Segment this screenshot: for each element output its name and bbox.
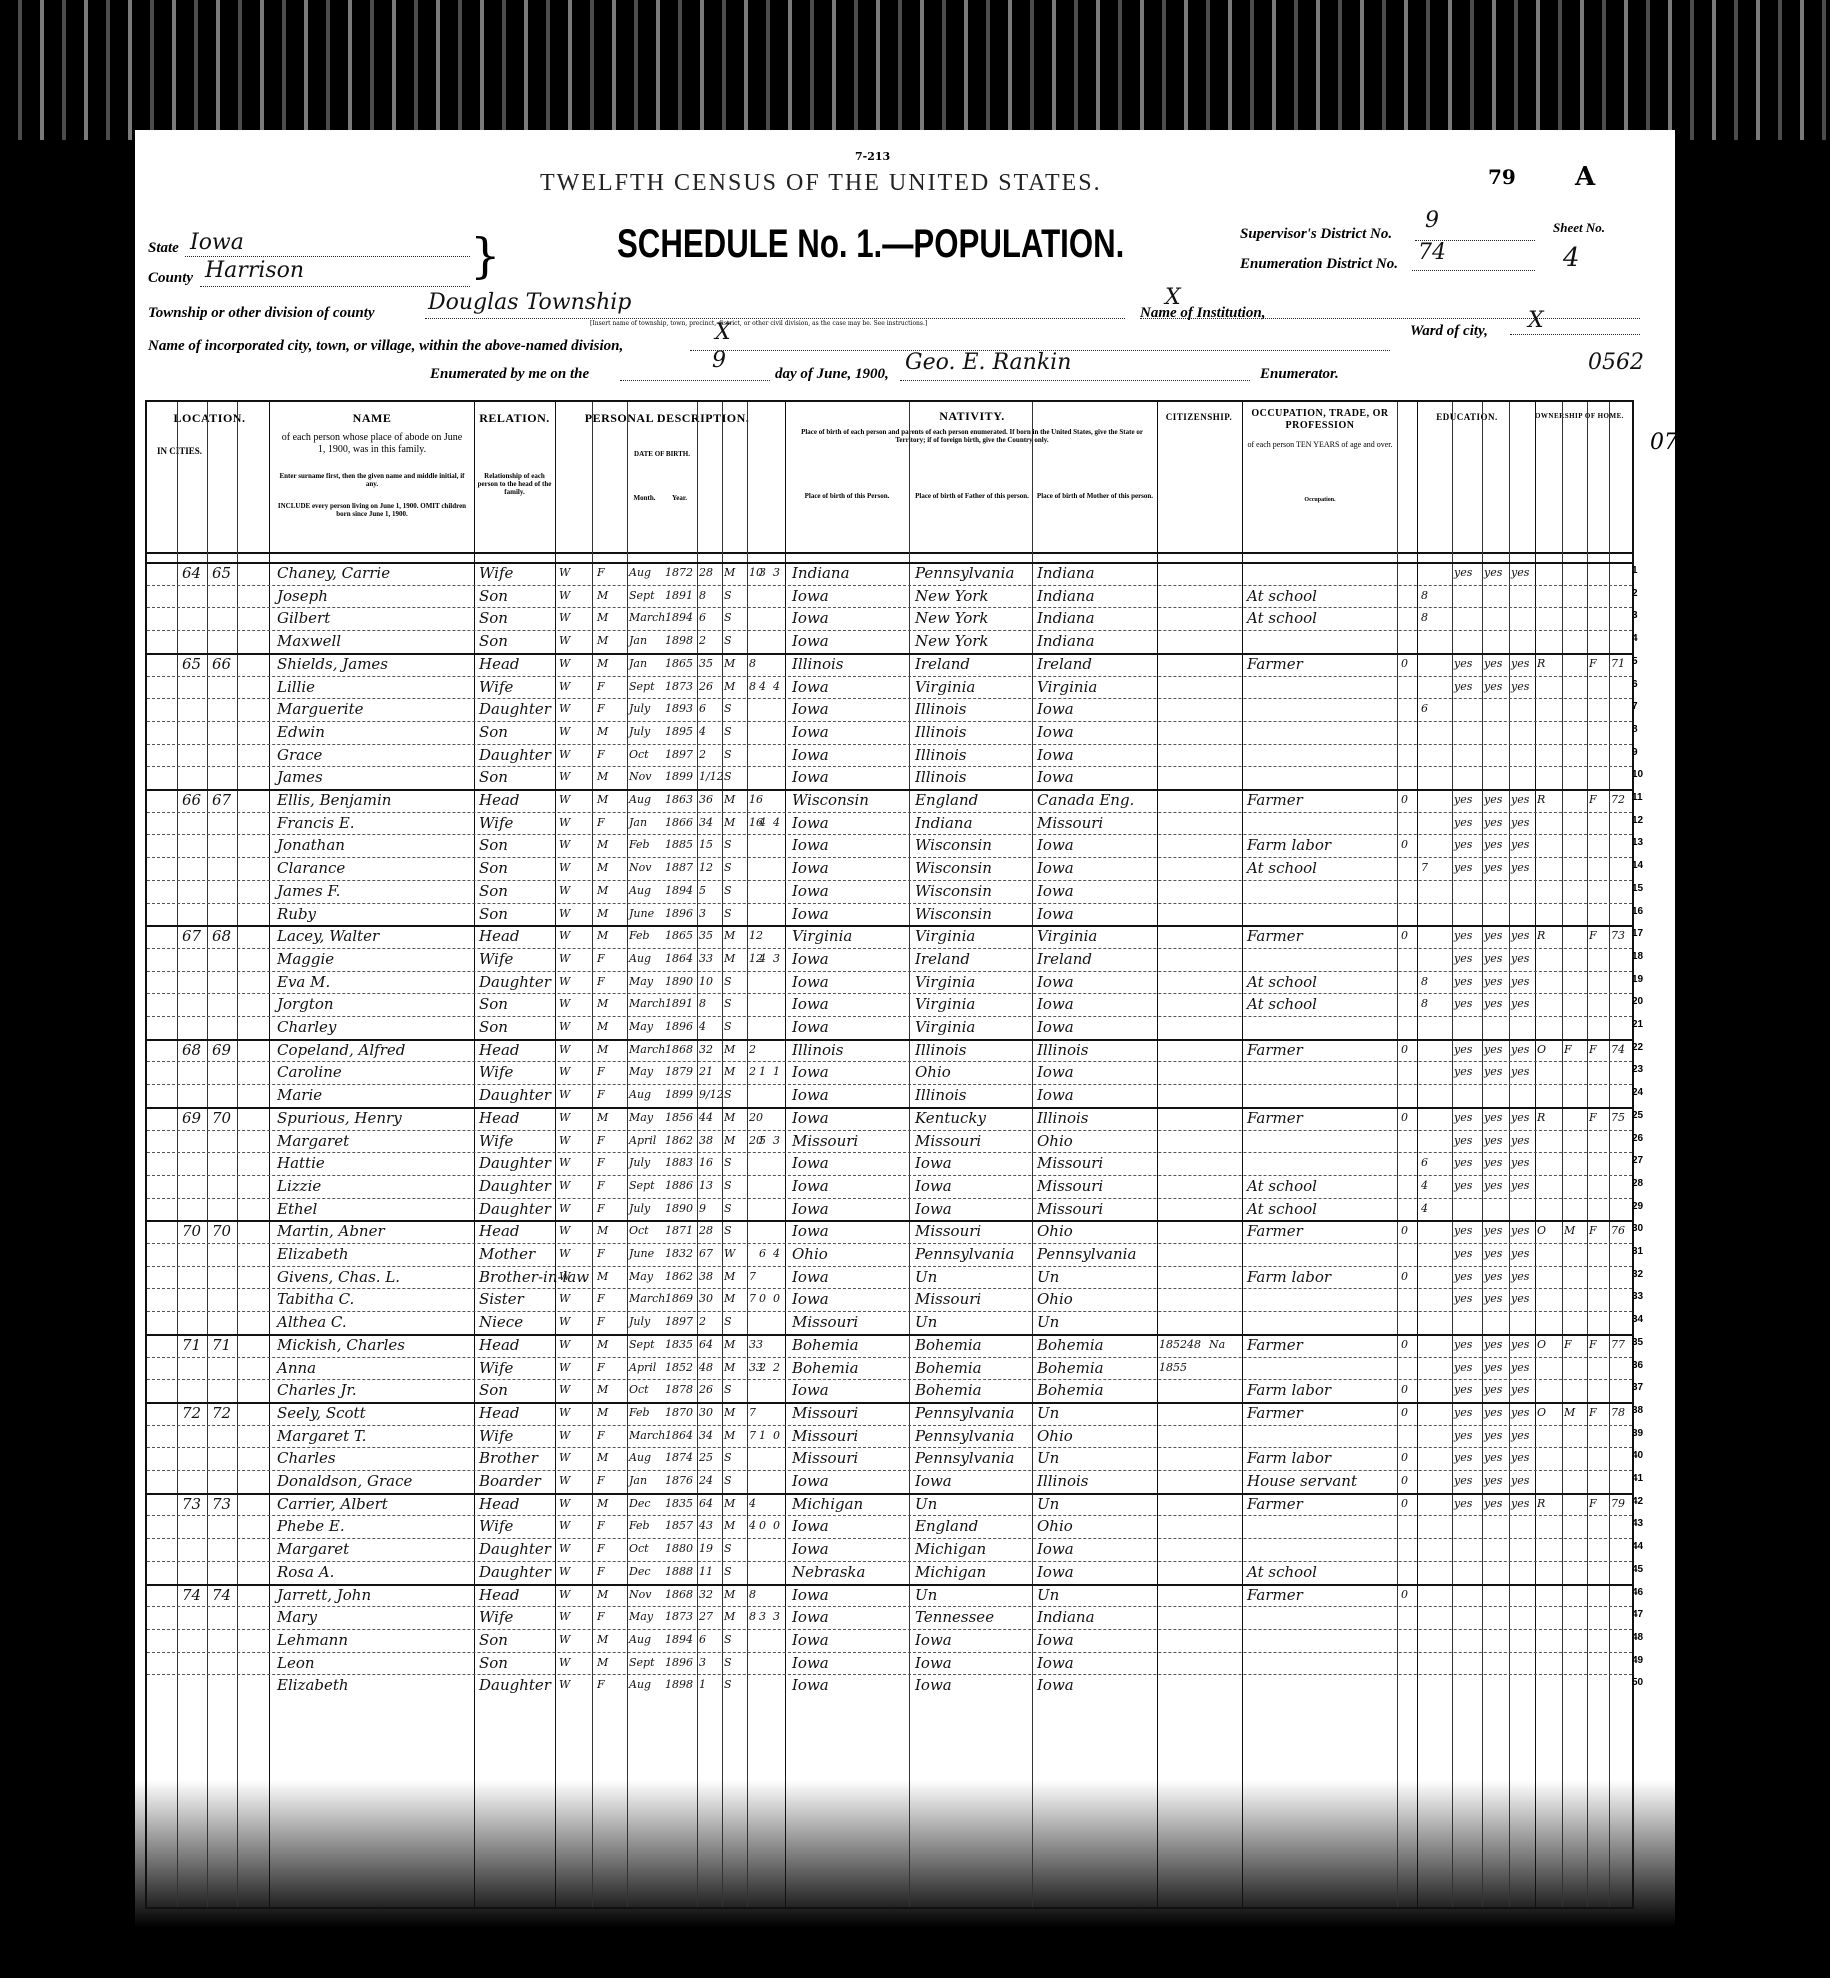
line-number: 44 [1632, 1541, 1643, 1552]
cell-marital: S [724, 1470, 732, 1492]
cell-color: W [559, 1334, 570, 1356]
cell-mother: Indiana [1037, 562, 1095, 584]
cell-yrs-married: 7 [749, 1266, 756, 1288]
row-divider [147, 766, 1632, 767]
cell-marital: W [724, 1243, 735, 1265]
cell-father: Virginia [915, 925, 975, 947]
cell-mother: Indiana [1037, 1606, 1095, 1628]
cell-read: yes [1454, 562, 1472, 584]
cell-read: yes [1454, 1130, 1472, 1152]
row-divider [147, 857, 1632, 858]
cell-birth: Illinois [792, 653, 844, 675]
line-number: 17 [1632, 928, 1643, 939]
divider [1242, 402, 1243, 1907]
line-number: 27 [1632, 1155, 1643, 1166]
cell-read: yes [1454, 834, 1472, 856]
cell-sex: F [597, 1061, 605, 1083]
cell-sex: F [597, 698, 605, 720]
cell-name: Martin, Abner [277, 1220, 385, 1242]
cell-dwelling: 67 [182, 925, 201, 947]
line-number: 38 [1632, 1405, 1643, 1416]
cell-color: W [559, 1538, 570, 1560]
line-number: 32 [1632, 1269, 1643, 1280]
line-number: 37 [1632, 1382, 1643, 1393]
cell-read: yes [1454, 1470, 1472, 1492]
cell-read: yes [1454, 676, 1472, 698]
cell-read: yes [1454, 857, 1472, 879]
cell-name: Margaret [277, 1538, 349, 1560]
line-number: 48 [1632, 1632, 1643, 1643]
cell-english: yes [1511, 1130, 1529, 1152]
cell-age: 8 [699, 585, 706, 607]
cell-unemployed: 0 [1401, 789, 1408, 811]
line-number: 12 [1632, 815, 1643, 826]
cell-read: yes [1454, 812, 1472, 834]
cell-sex: M [597, 1584, 608, 1606]
cell-english: yes [1511, 1266, 1529, 1288]
cell-unemployed: 0 [1401, 1039, 1408, 1061]
row-divider [147, 1606, 1632, 1607]
cell-age: 44 [699, 1107, 713, 1129]
page-letter: A [1575, 162, 1595, 192]
cell-year: 1876 [665, 1470, 693, 1492]
cell-owned: O [1537, 1402, 1546, 1424]
cell-write: yes [1484, 971, 1502, 993]
cell-sex: M [597, 1107, 608, 1129]
cell-name: Lizzie [277, 1175, 321, 1197]
institution-value: X [1165, 285, 1181, 310]
cell-mother: Iowa [1037, 903, 1074, 925]
cell-color: W [559, 1130, 570, 1152]
cell-relation: Head [479, 925, 520, 947]
cell-write: yes [1484, 1243, 1502, 1265]
cell-father: Missouri [915, 1220, 981, 1242]
cell-father: Wisconsin [915, 857, 992, 879]
cell-family: 66 [212, 653, 231, 675]
cell-mother: Ohio [1037, 1425, 1073, 1447]
cell-relation: Son [479, 880, 508, 902]
col-birth-father: Place of birth of Father of this person. [912, 492, 1032, 500]
cell-family: 69 [212, 1039, 231, 1061]
cell-month: June [629, 1243, 654, 1265]
col-occupation: Occupation. [1245, 497, 1395, 504]
cell-father: New York [915, 630, 989, 652]
cell-write: yes [1484, 834, 1502, 856]
cell-color: W [559, 698, 570, 720]
divider [697, 402, 698, 1907]
line-number: 18 [1632, 951, 1643, 962]
cell-mother-of: 1 [759, 1061, 766, 1083]
cell-age: 21 [699, 1061, 713, 1083]
cell-marital: S [724, 1016, 732, 1038]
line-number: 16 [1632, 906, 1643, 917]
cell-year: 1832 [665, 1243, 693, 1265]
cell-school: 6 [1421, 1152, 1428, 1174]
cell-month: May [629, 1606, 653, 1628]
cell-unemployed: 0 [1401, 925, 1408, 947]
row-divider [147, 1561, 1632, 1562]
cell-owned: O [1537, 1220, 1546, 1242]
cell-occupation: Farm labor [1247, 834, 1331, 856]
cell-english: yes [1511, 1220, 1529, 1242]
cell-birth: Iowa [792, 676, 829, 698]
cell-schedule: 77 [1611, 1334, 1625, 1356]
cell-birth: Iowa [792, 1470, 829, 1492]
cell-father: Virginia [915, 993, 975, 1015]
cell-father: Iowa [915, 1674, 952, 1696]
cell-write: yes [1484, 1107, 1502, 1129]
cell-sex: F [597, 1175, 605, 1197]
cell-month: Oct [629, 1220, 649, 1242]
cell-month: Aug [629, 948, 651, 970]
cell-name: Leon [277, 1652, 315, 1674]
cell-living: 3 [773, 1130, 780, 1152]
cell-birth: Missouri [792, 1402, 858, 1424]
cell-write: yes [1484, 562, 1502, 584]
cell-name: Jarrett, John [277, 1584, 371, 1606]
line-number: 25 [1632, 1110, 1643, 1121]
cell-birth: Iowa [792, 1175, 829, 1197]
cell-mother: Illinois [1037, 1107, 1089, 1129]
cell-schedule: 75 [1611, 1107, 1625, 1129]
line-number: 39 [1632, 1428, 1643, 1439]
cell-sex: M [597, 1652, 608, 1674]
cell-mother: Un [1037, 1447, 1059, 1469]
col-dob: DATE OF BIRTH. [627, 450, 697, 458]
cell-name: Jonathan [277, 834, 345, 856]
cell-sex: M [597, 721, 608, 743]
cell-year: 1865 [665, 653, 693, 675]
cell-age: 33 [699, 948, 713, 970]
cell-read: yes [1454, 1357, 1472, 1379]
cell-mother: Bohemia [1037, 1334, 1104, 1356]
row-divider [147, 1084, 1632, 1085]
cell-english: yes [1511, 971, 1529, 993]
cell-birth: Iowa [792, 993, 829, 1015]
cell-english: yes [1511, 857, 1529, 879]
cell-age: 15 [699, 834, 713, 856]
divider [1482, 402, 1483, 1907]
col-name-note2: INCLUDE every person living on June 1, 1… [277, 502, 467, 518]
col-name-desc: of each person whose place of abode on J… [277, 432, 467, 455]
cell-unemployed: 0 [1401, 1266, 1408, 1288]
cell-year: 1874 [665, 1447, 693, 1469]
cell-write: yes [1484, 1334, 1502, 1356]
cell-color: W [559, 925, 570, 947]
township-value: Douglas Township [428, 290, 631, 315]
cell-year: 1864 [665, 1425, 693, 1447]
cell-age: 30 [699, 1402, 713, 1424]
cell-marital: S [724, 1311, 732, 1333]
cell-name: Charles Jr. [277, 1379, 357, 1401]
cell-school: 4 [1421, 1175, 1428, 1197]
divider [177, 402, 178, 1907]
cell-sex: M [597, 630, 608, 652]
cell-father: Bohemia [915, 1334, 982, 1356]
cell-mother-of: 3 [759, 562, 766, 584]
col-in-cities: IN CITIES. [152, 446, 207, 456]
state-line [185, 256, 470, 257]
cell-relation: Head [479, 1334, 520, 1356]
cell-father: Virginia [915, 676, 975, 698]
line-number: 19 [1632, 974, 1643, 985]
cell-name: Charley [277, 1016, 336, 1038]
cell-relation: Daughter [479, 971, 551, 993]
cell-year: 1898 [665, 1674, 693, 1696]
line-number: 23 [1632, 1064, 1643, 1075]
cell-birth: Iowa [792, 1584, 829, 1606]
cell-write: yes [1484, 993, 1502, 1015]
cell-sex: F [597, 1152, 605, 1174]
cell-age: 3 [699, 1652, 706, 1674]
institution-line [1140, 318, 1640, 319]
cell-marital: S [724, 721, 732, 743]
cell-mother: Indiana [1037, 630, 1095, 652]
cell-birth: Iowa [792, 1266, 829, 1288]
cell-relation: Son [479, 1629, 508, 1651]
cell-color: W [559, 1266, 570, 1288]
line-number: 2 [1632, 588, 1638, 599]
line-number: 20 [1632, 996, 1643, 1007]
cell-english: yes [1511, 1039, 1529, 1061]
enumeration-value: 74 [1418, 240, 1446, 265]
cell-sex: F [597, 1243, 605, 1265]
cell-color: W [559, 1606, 570, 1628]
cell-age: 35 [699, 653, 713, 675]
cell-birth: Iowa [792, 1606, 829, 1628]
cell-father: Illinois [915, 744, 967, 766]
row-divider [147, 1652, 1632, 1653]
cell-occupation: Farm labor [1247, 1266, 1331, 1288]
row-divider [147, 1515, 1632, 1516]
cell-color: W [559, 585, 570, 607]
cell-color: W [559, 1357, 570, 1379]
cell-sex: M [597, 903, 608, 925]
cell-month: Jan [629, 653, 647, 675]
cell-mother: Iowa [1037, 880, 1074, 902]
enumerated-day: 9 [712, 348, 726, 373]
cell-mother: Indiana [1037, 585, 1095, 607]
cell-birth: Missouri [792, 1311, 858, 1333]
cell-name: Francis E. [277, 812, 355, 834]
cell-birth: Missouri [792, 1447, 858, 1469]
cell-occupation: At school [1247, 857, 1317, 879]
cell-father: Iowa [915, 1152, 952, 1174]
divider [1587, 402, 1588, 1907]
cell-month: Feb [629, 925, 650, 947]
cell-sex: M [597, 880, 608, 902]
divider [474, 402, 475, 1907]
cell-marital: S [724, 857, 732, 879]
divider [1157, 402, 1158, 1907]
cell-month: May [629, 971, 653, 993]
cell-color: W [559, 607, 570, 629]
supervisor-label: Supervisor's District No. [1240, 226, 1392, 243]
cell-name: Edwin [277, 721, 325, 743]
cell-mother: Iowa [1037, 1561, 1074, 1583]
cell-owned: O [1537, 1334, 1546, 1356]
cell-write: yes [1484, 1425, 1502, 1447]
cell-mother: Iowa [1037, 834, 1074, 856]
cell-birth: Iowa [792, 585, 829, 607]
cell-sex: M [597, 925, 608, 947]
cell-father: Un [915, 1584, 937, 1606]
cell-color: W [559, 1084, 570, 1106]
cell-father: Iowa [915, 1175, 952, 1197]
cell-dwelling: 70 [182, 1220, 201, 1242]
cell-sex: M [597, 766, 608, 788]
cell-yrs-married: 12 [749, 925, 763, 947]
cell-father: Pennsylvania [915, 1402, 1014, 1424]
cell-year: 1866 [665, 812, 693, 834]
cell-mother: Iowa [1037, 993, 1074, 1015]
cell-birth: Missouri [792, 1425, 858, 1447]
cell-relation: Head [479, 1220, 520, 1242]
row-divider [147, 971, 1632, 972]
cell-free: F [1564, 1039, 1572, 1061]
cell-marital: S [724, 698, 732, 720]
line-number: 50 [1632, 1677, 1643, 1688]
institution-label: Name of Institution, [1140, 305, 1265, 322]
cell-mother: Ohio [1037, 1130, 1073, 1152]
cell-yrs-married: 33 [749, 1334, 763, 1356]
cell-occupation: Farmer [1247, 789, 1303, 811]
divider [627, 402, 628, 1907]
line-number: 40 [1632, 1450, 1643, 1461]
cell-occupation: Farmer [1247, 1107, 1303, 1129]
cell-father: Iowa [915, 1470, 952, 1492]
cell-occupation: Farm labor [1247, 1447, 1331, 1469]
cell-immigration: 1855 [1159, 1357, 1187, 1379]
cell-month: July [629, 1311, 650, 1333]
row-divider [147, 1447, 1632, 1448]
cell-month: Aug [629, 1084, 651, 1106]
cell-farm: F [1589, 1039, 1597, 1061]
cell-write: yes [1484, 1130, 1502, 1152]
cell-marital: S [724, 1198, 732, 1220]
col-occupation-desc: of each person TEN YEARS of age and over… [1245, 440, 1395, 449]
cell-color: W [559, 789, 570, 811]
cell-name: Givens, Chas. L. [277, 1266, 400, 1288]
cell-color: W [559, 1652, 570, 1674]
cell-birth: Iowa [792, 903, 829, 925]
line-number: 15 [1632, 883, 1643, 894]
cell-birth: Iowa [792, 1198, 829, 1220]
cell-age: 67 [699, 1243, 713, 1265]
cell-father: Wisconsin [915, 834, 992, 856]
sheet-label: Sheet No. [1553, 220, 1605, 236]
cell-birth: Iowa [792, 744, 829, 766]
cell-color: W [559, 1425, 570, 1447]
cell-name: Eva M. [277, 971, 330, 993]
cell-marital: S [724, 630, 732, 652]
cell-unemployed: 0 [1401, 1470, 1408, 1492]
cell-relation: Son [479, 607, 508, 629]
cell-color: W [559, 1447, 570, 1469]
cell-year: 1896 [665, 1652, 693, 1674]
cell-age: 4 [699, 721, 706, 743]
cell-name: Ethel [277, 1198, 317, 1220]
cell-family: 65 [212, 562, 231, 584]
page-number: 79 [1488, 165, 1516, 189]
cell-mother: Un [1037, 1584, 1059, 1606]
cell-age: 2 [699, 1311, 706, 1333]
cell-color: W [559, 1402, 570, 1424]
divider [1609, 402, 1610, 1907]
cell-year: 1869 [665, 1288, 693, 1310]
enumerator-name: Geo. E. Rankin [905, 350, 1071, 375]
cell-father: Missouri [915, 1130, 981, 1152]
cell-mother-of: 6 [759, 1243, 766, 1265]
cell-birth: Iowa [792, 698, 829, 720]
line-number: 11 [1632, 792, 1643, 803]
cell-marital: M [724, 653, 735, 675]
cell-relation: Head [479, 1039, 520, 1061]
township-line [425, 318, 1125, 319]
cell-color: W [559, 834, 570, 856]
divider [1509, 402, 1510, 1907]
cell-name: Copeland, Alfred [277, 1039, 405, 1061]
cell-mother: Un [1037, 1402, 1059, 1424]
row-divider [147, 1674, 1632, 1675]
sheet-value: 4 [1563, 243, 1580, 273]
row-divider [147, 1016, 1632, 1017]
cell-mother-of: 5 [759, 1130, 766, 1152]
cell-sex: F [597, 971, 605, 993]
cell-age: 9/12 [699, 1084, 724, 1106]
cell-marital: S [724, 1175, 732, 1197]
cell-marital: M [724, 676, 735, 698]
cell-father: Illinois [915, 1039, 967, 1061]
cell-father: Ireland [915, 948, 970, 970]
cell-marital: M [724, 1266, 735, 1288]
cell-yrs-married: 2 [749, 1039, 756, 1061]
cell-unemployed: 0 [1401, 1379, 1408, 1401]
cell-sex: F [597, 1357, 605, 1379]
cell-english: yes [1511, 676, 1529, 698]
cell-color: W [559, 1561, 570, 1583]
cell-read: yes [1454, 1379, 1472, 1401]
cell-marital: S [724, 993, 732, 1015]
township-note: [Insert name of township, town, precinct… [590, 320, 927, 327]
cell-age: 6 [699, 607, 706, 629]
cell-color: W [559, 1470, 570, 1492]
line-number: 45 [1632, 1564, 1643, 1575]
cell-month: Jan [629, 630, 647, 652]
cell-mother: Iowa [1037, 744, 1074, 766]
cell-unemployed: 0 [1401, 1402, 1408, 1424]
cell-relation: Wife [479, 1515, 513, 1537]
cell-mother-of: 2 [759, 1357, 766, 1379]
cell-name: Gilbert [277, 607, 330, 629]
cell-relation: Daughter [479, 1538, 551, 1560]
cell-month: Aug [629, 562, 651, 584]
enumerated-suffix: day of June, 1900, [775, 366, 889, 383]
cell-name: James F. [277, 880, 340, 902]
cell-free: F [1564, 1334, 1572, 1356]
cell-name: Clarance [277, 857, 345, 879]
cell-sex: F [597, 1674, 605, 1696]
cell-color: W [559, 1629, 570, 1651]
cell-yrs-married: 8 [749, 1584, 756, 1606]
cell-marital: M [724, 1493, 735, 1515]
cell-relation: Brother [479, 1447, 538, 1469]
cell-sex: F [597, 1311, 605, 1333]
cell-birth: Iowa [792, 1629, 829, 1651]
cell-occupation: Farmer [1247, 653, 1303, 675]
cell-father: Virginia [915, 971, 975, 993]
cell-name: Margaret [277, 1130, 349, 1152]
